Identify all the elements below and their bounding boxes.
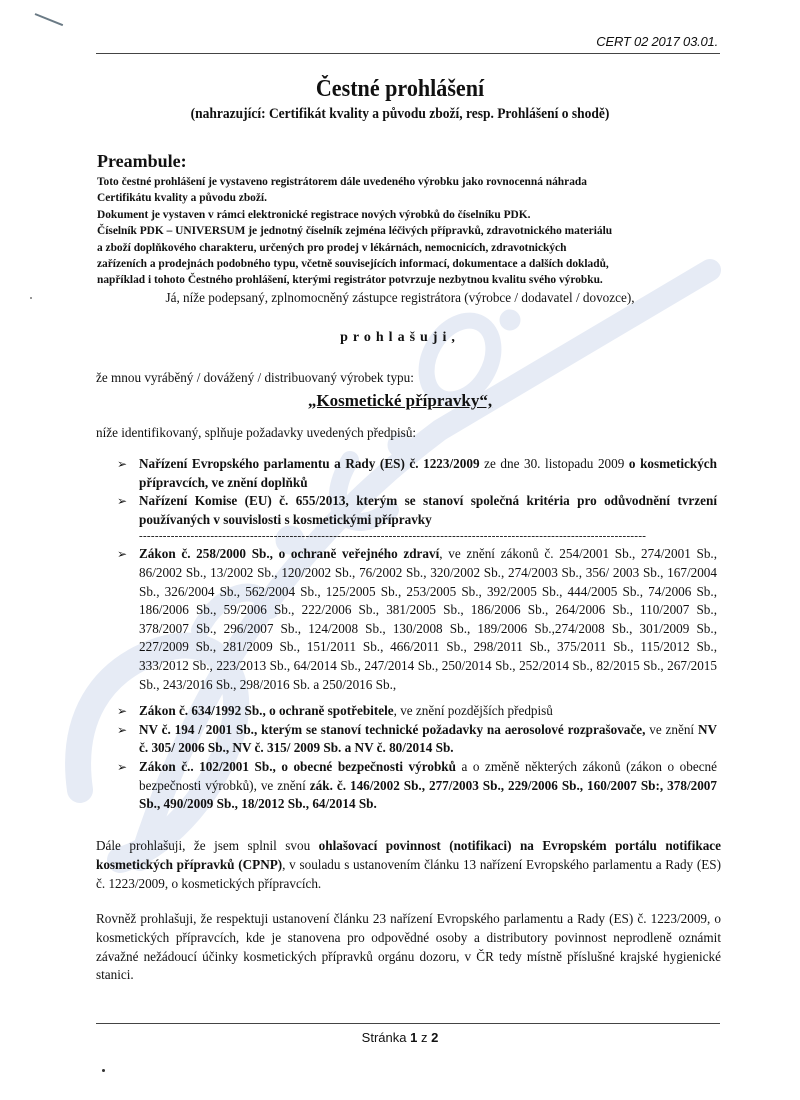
product-intro: že mnou vyráběný / dovážený / distribuov…: [96, 370, 414, 386]
regulations-list: ➢ Nařízení Evropského parlamentu a Rady …: [117, 455, 717, 814]
arrow-bullet-icon: ➢: [117, 702, 127, 721]
arrow-bullet-icon: ➢: [117, 758, 127, 777]
notification-paragraph: Dále prohlašuji, že jsem splnil svou ohl…: [96, 837, 721, 893]
footer-rule: [96, 1023, 720, 1024]
declarant-intro: Já, níže podepsaný, zplnomocněný zástupc…: [0, 290, 800, 306]
preamble-line: Dokument je vystaven v rámci elektronick…: [97, 207, 717, 223]
arrow-bullet-icon: ➢: [117, 545, 127, 564]
compliance-intro: níže identifikovaný, splňuje požadavky u…: [96, 425, 416, 441]
regulation-title: Nařízení Evropského parlamentu a Rady (E…: [139, 456, 480, 471]
scan-artifact-mark: [35, 13, 64, 26]
regulation-item: ➢ Zákon č. 258/2000 Sb., o ochraně veřej…: [117, 545, 717, 694]
arrow-bullet-icon: ➢: [117, 492, 127, 511]
regulation-title: Zákon č.. 102/2001 Sb., o obecné bezpečn…: [139, 759, 456, 774]
regulation-item: ➢ Zákon č.. 102/2001 Sb., o obecné bezpe…: [117, 758, 717, 814]
scan-artifact-dot: [102, 1069, 105, 1072]
preamble-line: Certifikátu kvality a původu zboží.: [97, 190, 717, 206]
regulation-title: NV č. 194 / 2001 Sb., kterým se stanoví …: [139, 722, 645, 737]
document-title: Čestné prohlášení: [32, 76, 768, 103]
paragraph-text: Dále prohlašuji, že jsem splnil svou: [96, 838, 319, 853]
document-code: CERT 02 2017 03.01.: [596, 34, 718, 49]
document-subtitle: (nahrazující: Certifikát kvality a původ…: [28, 106, 772, 123]
preamble-text: Toto čestné prohlášení je vystaveno regi…: [97, 174, 717, 289]
preamble-line: například i tohoto Čestného prohlášení, …: [97, 272, 717, 288]
preamble-heading: Preambule:: [97, 151, 187, 172]
reporting-paragraph: Rovněž prohlašuji, že respektuji ustanov…: [96, 910, 721, 985]
regulation-title: Zákon č. 258/2000 Sb., o ochraně veřejné…: [139, 546, 439, 561]
total-pages: 2: [431, 1030, 438, 1045]
regulation-item: ➢ Nařízení Evropského parlamentu a Rady …: [117, 455, 717, 492]
page-of-label: z: [421, 1030, 428, 1045]
header-rule: [96, 53, 720, 54]
regulation-text: , ve znění pozdějších předpisů: [394, 703, 553, 718]
page-label: Stránka: [362, 1030, 407, 1045]
preamble-line: Toto čestné prohlášení je vystaveno regi…: [97, 174, 717, 190]
preamble-line: Číselník PDK – UNIVERSUM je jednotný čís…: [97, 223, 717, 239]
declaration-verb: prohlašuji,: [0, 330, 800, 346]
page-indicator: Stránka 1 z 2: [0, 1030, 800, 1045]
preamble-line: zařízeních a prodejnách podobného typu, …: [97, 256, 717, 272]
regulation-title: Nařízení Komise (EU) č. 655/2013, kterým…: [139, 493, 717, 527]
regulation-title: Zákon č. 634/1992 Sb., o ochraně spotřeb…: [139, 703, 394, 718]
regulation-item: ➢ Nařízení Komise (EU) č. 655/2013, kter…: [117, 492, 717, 529]
product-type: „Kosmetické přípravky“,: [0, 391, 800, 411]
dashed-separator: ----------------------------------------…: [139, 531, 717, 541]
preamble-line: a zboží doplňkového charakteru, určených…: [97, 240, 717, 256]
regulation-item: ➢ Zákon č. 634/1992 Sb., o ochraně spotř…: [117, 702, 717, 721]
current-page: 1: [410, 1030, 417, 1045]
regulation-text: , ve znění zákonů č. 254/2001 Sb., 274/2…: [139, 546, 717, 691]
arrow-bullet-icon: ➢: [117, 721, 127, 740]
regulation-text: ve znění: [645, 722, 698, 737]
regulation-item: ➢ NV č. 194 / 2001 Sb., kterým se stanov…: [117, 721, 717, 758]
regulation-text: ze dne 30. listopadu 2009: [480, 456, 629, 471]
arrow-bullet-icon: ➢: [117, 455, 127, 474]
